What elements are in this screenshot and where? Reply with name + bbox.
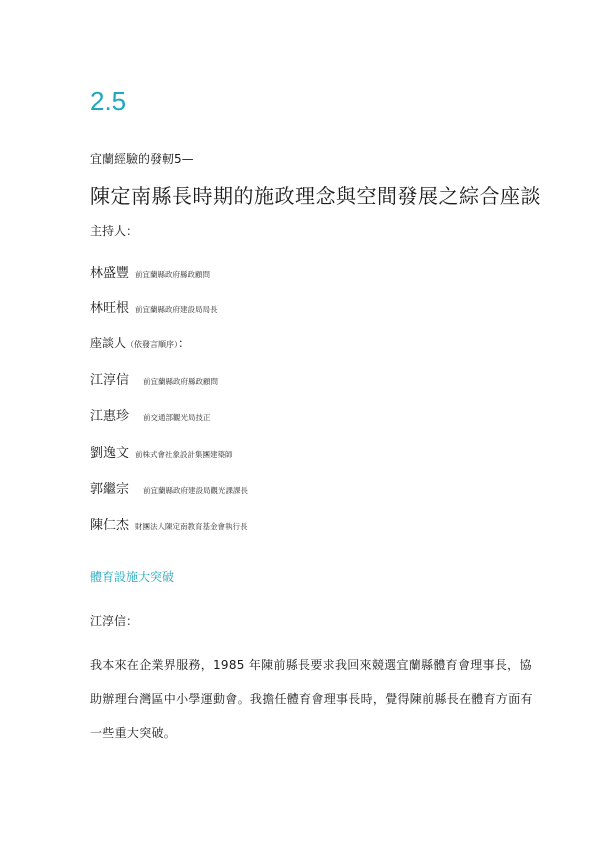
page-title: 陳定南縣長時期的施政理念與空間發展之綜合座談 bbox=[90, 180, 541, 209]
panelist-role: 前宜蘭縣政府縣政顧問 bbox=[143, 377, 218, 386]
panelist-entry: 江惠珍前交通部觀光局技正 bbox=[90, 405, 211, 424]
section-heading: 體育設施大突破 bbox=[90, 568, 174, 585]
subtitle: 宜蘭經驗的發軔5— bbox=[90, 150, 194, 167]
panelist-role: 財團法人陳定南教育基金會執行長 bbox=[135, 522, 248, 531]
host-entry: 林旺根前宜蘭縣政府建設局局長 bbox=[90, 297, 218, 316]
panelist-name: 江惠珍 bbox=[90, 409, 129, 424]
panelist-entry: 江淳信前宜蘭縣政府縣政顧問 bbox=[90, 369, 218, 388]
hosts-label: 主持人： bbox=[90, 222, 138, 239]
panelist-role: 前交通部觀光局技正 bbox=[143, 413, 211, 422]
panelists-label: 座談人（依發言順序）： bbox=[90, 332, 190, 351]
host-role: 前宜蘭縣政府縣政顧問 bbox=[135, 270, 210, 279]
host-name: 林盛豐 bbox=[90, 266, 129, 281]
panelist-entry: 郭繼宗前宜蘭縣政府建設局觀光課課長 bbox=[90, 478, 248, 497]
panelists-note: （依發言順序） bbox=[126, 340, 178, 349]
panelist-name: 江淳信 bbox=[90, 373, 129, 388]
paragraph-line: 助辦理台灣區中小學運動會。我擔任體育會理事長時，覺得陳前縣長在體育方面有 bbox=[90, 690, 533, 707]
paragraph-line: 我本來在企業界服務，1985 年陳前縣長要求我回來競選宜蘭縣體育會理事長，協 bbox=[90, 656, 532, 673]
panelist-name: 郭繼宗 bbox=[90, 482, 129, 497]
panelist-entry: 陳仁杰財團法人陳定南教育基金會執行長 bbox=[90, 514, 248, 533]
paragraph-line: 一些重大突破。 bbox=[90, 724, 176, 741]
panelist-role: 前株式會社象設計集團建築師 bbox=[135, 450, 233, 459]
host-role: 前宜蘭縣政府建設局局長 bbox=[135, 305, 218, 314]
panelist-name: 劉逸文 bbox=[90, 446, 129, 461]
panelist-role: 前宜蘭縣政府建設局觀光課課長 bbox=[143, 486, 248, 495]
section-number: 2.5 bbox=[90, 86, 126, 117]
panelist-entry: 劉逸文前株式會社象設計集團建築師 bbox=[90, 442, 233, 461]
host-entry: 林盛豐前宜蘭縣政府縣政顧問 bbox=[90, 262, 210, 281]
panelist-name: 陳仁杰 bbox=[90, 518, 129, 533]
speaker-label: 江淳信： bbox=[90, 612, 138, 629]
host-name: 林旺根 bbox=[90, 301, 129, 316]
